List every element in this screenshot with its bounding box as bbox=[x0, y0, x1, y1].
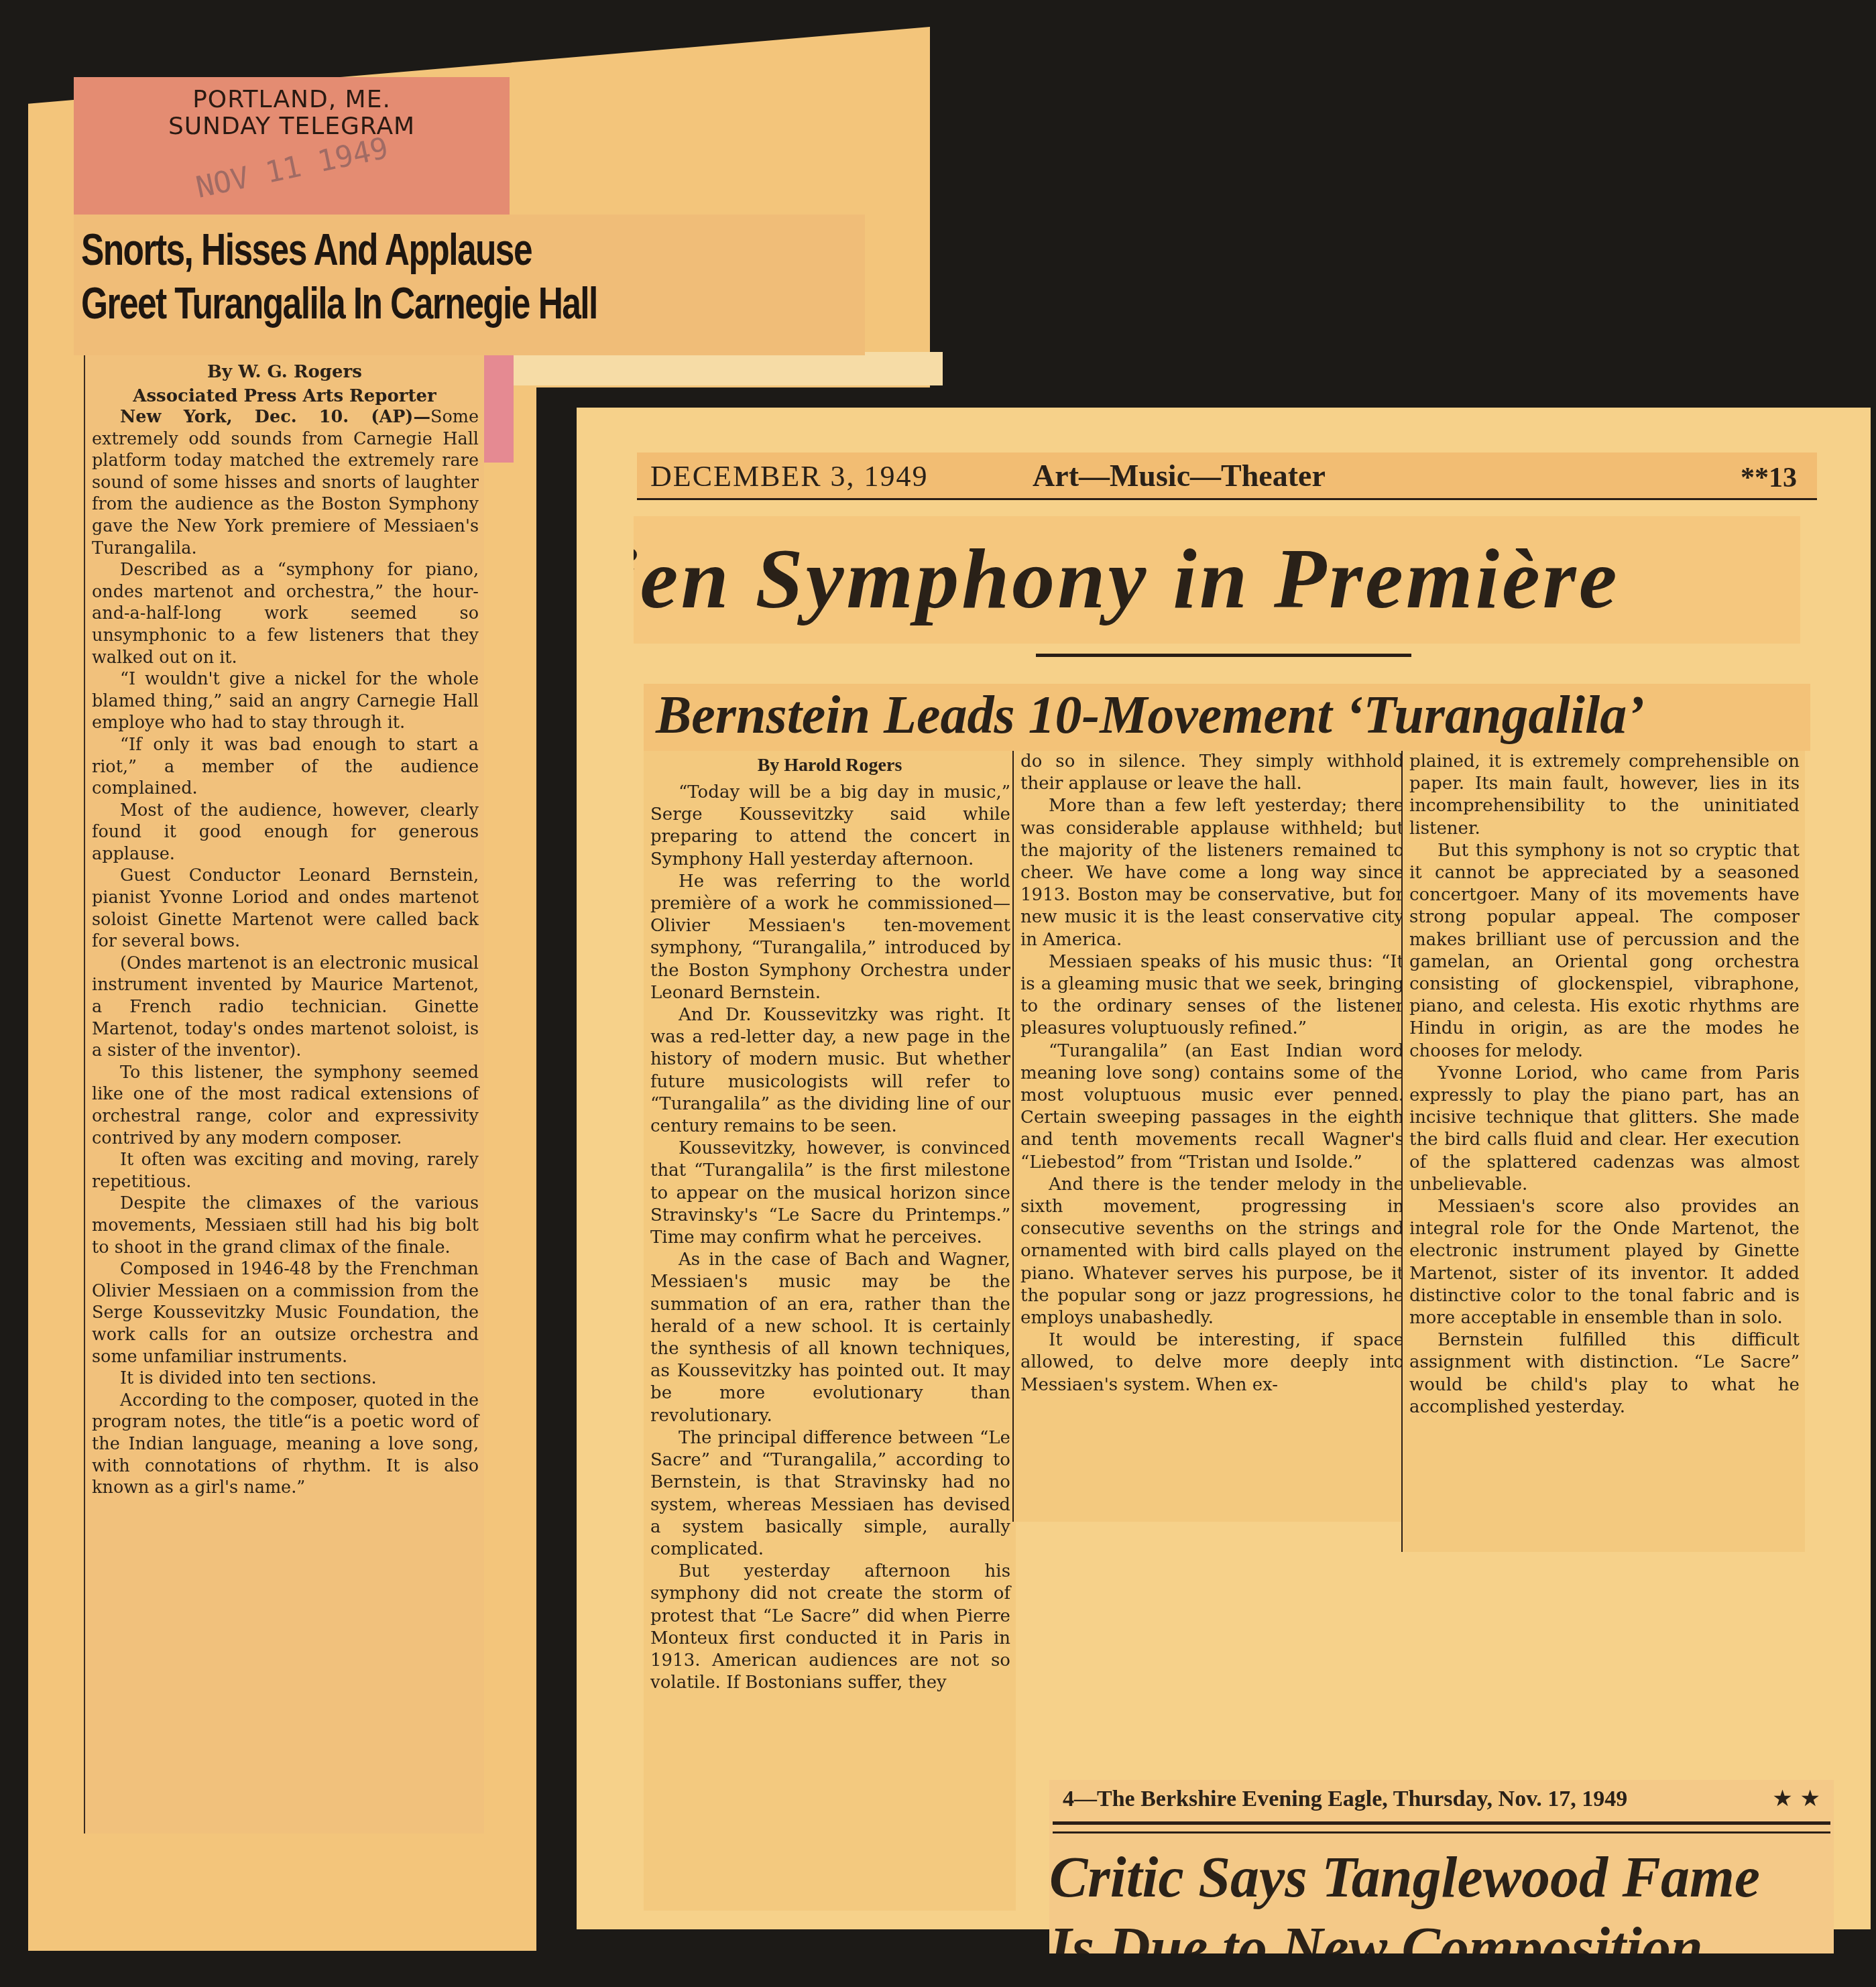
star-icons: ★ ★ bbox=[1772, 1785, 1820, 1812]
paragraph: And Dr. Koussevitzky was right. It was a… bbox=[650, 1004, 1010, 1138]
article-column-1: By Harold Rogers “Today will be a big da… bbox=[644, 751, 1016, 1911]
paragraph: Messiaen's score also provides an integr… bbox=[1409, 1196, 1800, 1329]
headline: ien Symphony in Première bbox=[634, 530, 1619, 628]
paragraph: Some extremely odd sounds from Carnegie … bbox=[92, 407, 479, 558]
paragraph: do so in silence. They simply withhold t… bbox=[1020, 751, 1404, 795]
masthead-rule bbox=[1053, 1821, 1830, 1833]
paragraph: It is divided into ten sections. bbox=[92, 1368, 479, 1390]
paragraph: Yvonne Loriod, who came from Paris expre… bbox=[1409, 1063, 1800, 1196]
paragraph: “If only it was bad enough to start a ri… bbox=[92, 734, 479, 800]
cream-paper-strip bbox=[514, 352, 943, 385]
headline: Snorts, Hisses And Applause Greet Turang… bbox=[74, 215, 862, 338]
paragraph: But this symphony is not so cryptic that… bbox=[1409, 840, 1800, 1063]
page-edge bbox=[536, 1953, 1876, 1987]
paragraph: Guest Conductor Leonard Bernstein, piani… bbox=[92, 865, 479, 952]
byline: By Harold Rogers bbox=[644, 755, 1016, 776]
newspaper-masthead: DECEMBER 3, 1949 Art—Music—Theater **13 bbox=[637, 453, 1817, 500]
byline: By W. G. Rogers bbox=[85, 362, 484, 382]
column-text: plained, it is extremely comprehensible … bbox=[1403, 751, 1805, 1419]
paragraph: To this listener, the symphony seemed li… bbox=[92, 1062, 479, 1149]
paragraph: But yesterday afternoon his symphony did… bbox=[650, 1561, 1010, 1694]
paragraph: “Turangalila” (an East Indian word meani… bbox=[1020, 1040, 1404, 1174]
masthead: 4—The Berkshire Evening Eagle, Thursday,… bbox=[1063, 1787, 1627, 1812]
clipping-boston-subheadline: Bernstein Leads 10-Movement ‘Turangalila… bbox=[644, 684, 1810, 751]
column-text: “Today will be a big day in music,” Serg… bbox=[644, 782, 1016, 1694]
paragraph: plained, it is extremely comprehensible … bbox=[1409, 751, 1800, 840]
column-text: do so in silence. They simply withhold t… bbox=[1014, 751, 1409, 1396]
headline-line-2: Greet Turangalila In Carnegie Hall bbox=[81, 276, 855, 330]
paragraph: He was referring to the world première o… bbox=[650, 871, 1010, 1004]
paragraph: More than a few left yesterday; there wa… bbox=[1020, 795, 1404, 951]
paragraph: According to the composer, quoted in the… bbox=[92, 1390, 479, 1499]
dateline: New York, Dec. 10. (AP)— bbox=[120, 407, 430, 427]
paragraph: Most of the audience, however, clearly f… bbox=[92, 800, 479, 865]
stamp-city: PORTLAND, ME. bbox=[74, 86, 510, 113]
masthead-section: Art—Music—Theater bbox=[1033, 458, 1326, 493]
pink-tab-strip bbox=[481, 352, 514, 463]
paragraph: Despite the climaxes of the various move… bbox=[92, 1193, 479, 1258]
masthead-page-number: **13 bbox=[1741, 462, 1797, 494]
article-column-3: plained, it is extremely comprehensible … bbox=[1401, 751, 1805, 1552]
credit: Associated Press Arts Reporter bbox=[85, 386, 484, 406]
headline-partial: Is Due to New Composition bbox=[1049, 1914, 1703, 1954]
stamp-paper: SUNDAY TELEGRAM bbox=[74, 113, 510, 140]
clipping-berkshire: 4—The Berkshire Evening Eagle, Thursday,… bbox=[1049, 1780, 1834, 1954]
paragraph: “Today will be a big day in music,” Serg… bbox=[650, 782, 1010, 871]
paragraph: Koussevitzky, however, is convinced that… bbox=[650, 1138, 1010, 1249]
clipping-boston-headline: ien Symphony in Première bbox=[634, 516, 1800, 644]
stamp-date: NOV 11 1949 bbox=[193, 131, 392, 204]
headline-rule bbox=[1036, 654, 1411, 657]
paragraph: Described as a “symphony for piano, onde… bbox=[92, 559, 479, 668]
masthead-date: DECEMBER 3, 1949 bbox=[650, 459, 929, 493]
paragraph: It would be interesting, if space allowe… bbox=[1020, 1329, 1404, 1396]
headline-line-1: Snorts, Hisses And Applause bbox=[81, 223, 855, 276]
paragraph: Messiaen speaks of his music thus: “It i… bbox=[1020, 951, 1404, 1040]
paragraph: Composed in 1946-48 by the Frenchman Oli… bbox=[92, 1258, 479, 1368]
clipping-portland-headline: Snorts, Hisses And Applause Greet Turang… bbox=[74, 215, 865, 355]
paragraph: (Ondes martenot is an electronic musical… bbox=[92, 953, 479, 1062]
paragraph: “I wouldn't give a nickel for the whole … bbox=[92, 668, 479, 734]
clipping-portland-article: By W. G. Rogers Associated Press Arts Re… bbox=[84, 355, 484, 1833]
paragraph: Bernstein fulfilled this difficult assig… bbox=[1409, 1329, 1800, 1419]
headline: Critic Says Tanglewood Fame bbox=[1049, 1844, 1760, 1911]
subheadline: Bernstein Leads 10-Movement ‘Turangalila… bbox=[656, 685, 1645, 746]
paragraph: The principal difference between “Le Sac… bbox=[650, 1427, 1010, 1561]
article-text: New York, Dec. 10. (AP)—Some extremely o… bbox=[85, 406, 484, 1499]
article-column-2: do so in silence. They simply withhold t… bbox=[1012, 751, 1409, 1522]
paragraph: As in the case of Bach and Wagner, Messi… bbox=[650, 1249, 1010, 1427]
paragraph: And there is the tender melody in the si… bbox=[1020, 1174, 1404, 1329]
paragraph: It often was exciting and moving, rarely… bbox=[92, 1149, 479, 1193]
newspaper-source-stamp: PORTLAND, ME. SUNDAY TELEGRAM NOV 11 194… bbox=[74, 77, 510, 217]
